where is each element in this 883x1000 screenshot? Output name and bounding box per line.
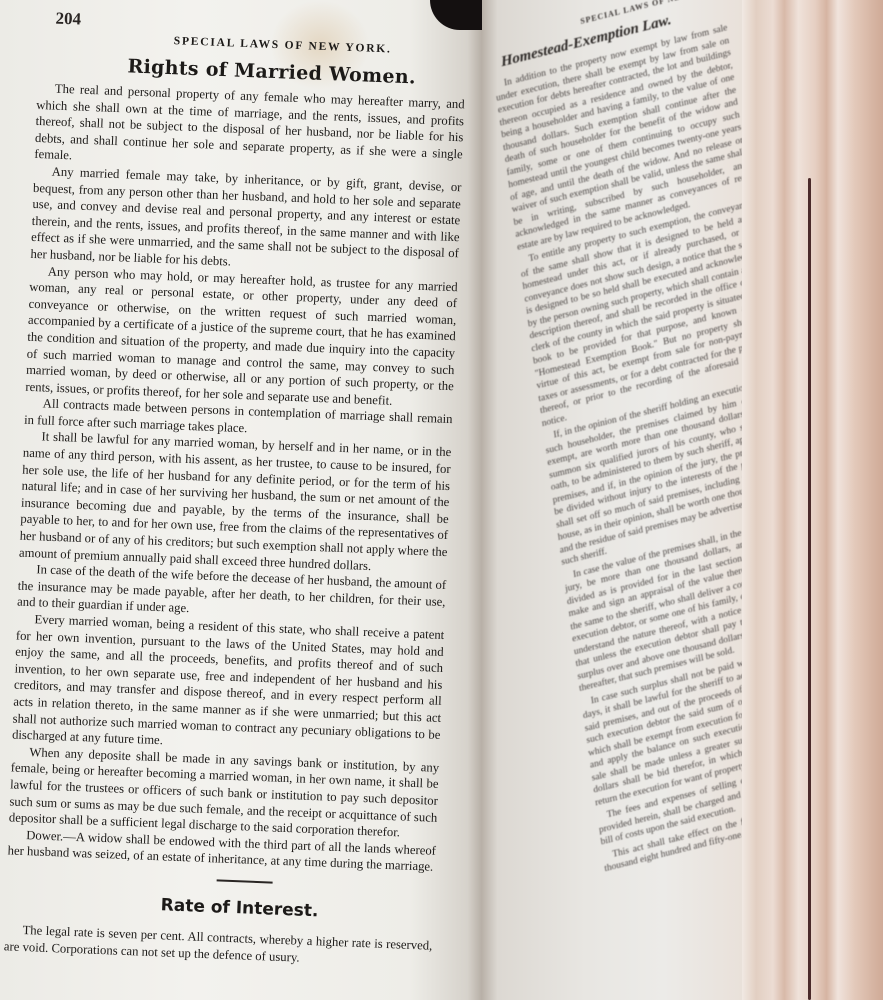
page-number: 204 bbox=[55, 9, 81, 30]
paragraph: Any married female may take, by inherita… bbox=[30, 163, 462, 279]
page-edge-crease bbox=[808, 178, 811, 1000]
running-head: SPECIAL LAWS OF NEW YORK. bbox=[99, 32, 467, 58]
right-page-content: SPECIAL LAWS OF NEW YORK. Homestead-Exem… bbox=[488, 0, 742, 878]
paragraph: The legal rate is seven per cent. All co… bbox=[4, 921, 433, 971]
left-page: 204 SPECIAL LAWS OF NEW YORK. Rights of … bbox=[0, 0, 482, 1000]
section-title-rate-of-interest: Rate of Interest. bbox=[45, 891, 433, 926]
page-edges bbox=[742, 0, 883, 1000]
open-book: 204 SPECIAL LAWS OF NEW YORK. Rights of … bbox=[0, 0, 883, 1000]
paragraph: Every married woman, being a resident of… bbox=[12, 611, 445, 760]
section-divider bbox=[217, 879, 273, 883]
paragraph: It shall be lawful for any married woman… bbox=[19, 428, 452, 577]
left-page-content: 204 SPECIAL LAWS OF NEW YORK. Rights of … bbox=[4, 8, 468, 971]
right-page: SPECIAL LAWS OF NEW YORK. Homestead-Exem… bbox=[482, 0, 742, 1000]
paragraph: When any deposite shall be made in any s… bbox=[9, 743, 440, 842]
paragraph: Any person who may hold, or may hereafte… bbox=[25, 262, 458, 411]
